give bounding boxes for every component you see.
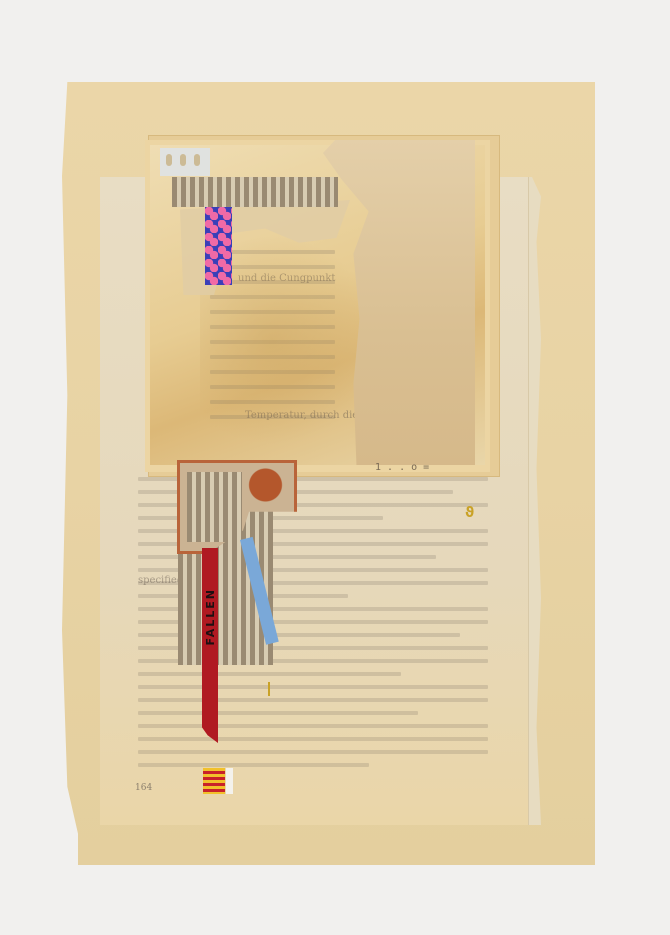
printed-word: specified (138, 575, 183, 586)
red-printed-strip: FALLEN (202, 548, 218, 743)
film-strip-tape (160, 148, 210, 176)
patterned-washi-tape (205, 207, 232, 285)
white-paper-chip (226, 768, 233, 794)
stack-footer-text: 1 . . o = (375, 462, 429, 473)
gold-tick-mark (268, 682, 270, 696)
gold-glyph-mark: ϑ (465, 505, 474, 521)
page-number: 164 (135, 783, 152, 793)
frame-window (187, 472, 242, 542)
corrugated-cardboard-strip (172, 177, 338, 207)
red-strip-lettering: FALLEN (204, 588, 217, 646)
striped-flag-chip (203, 768, 225, 794)
